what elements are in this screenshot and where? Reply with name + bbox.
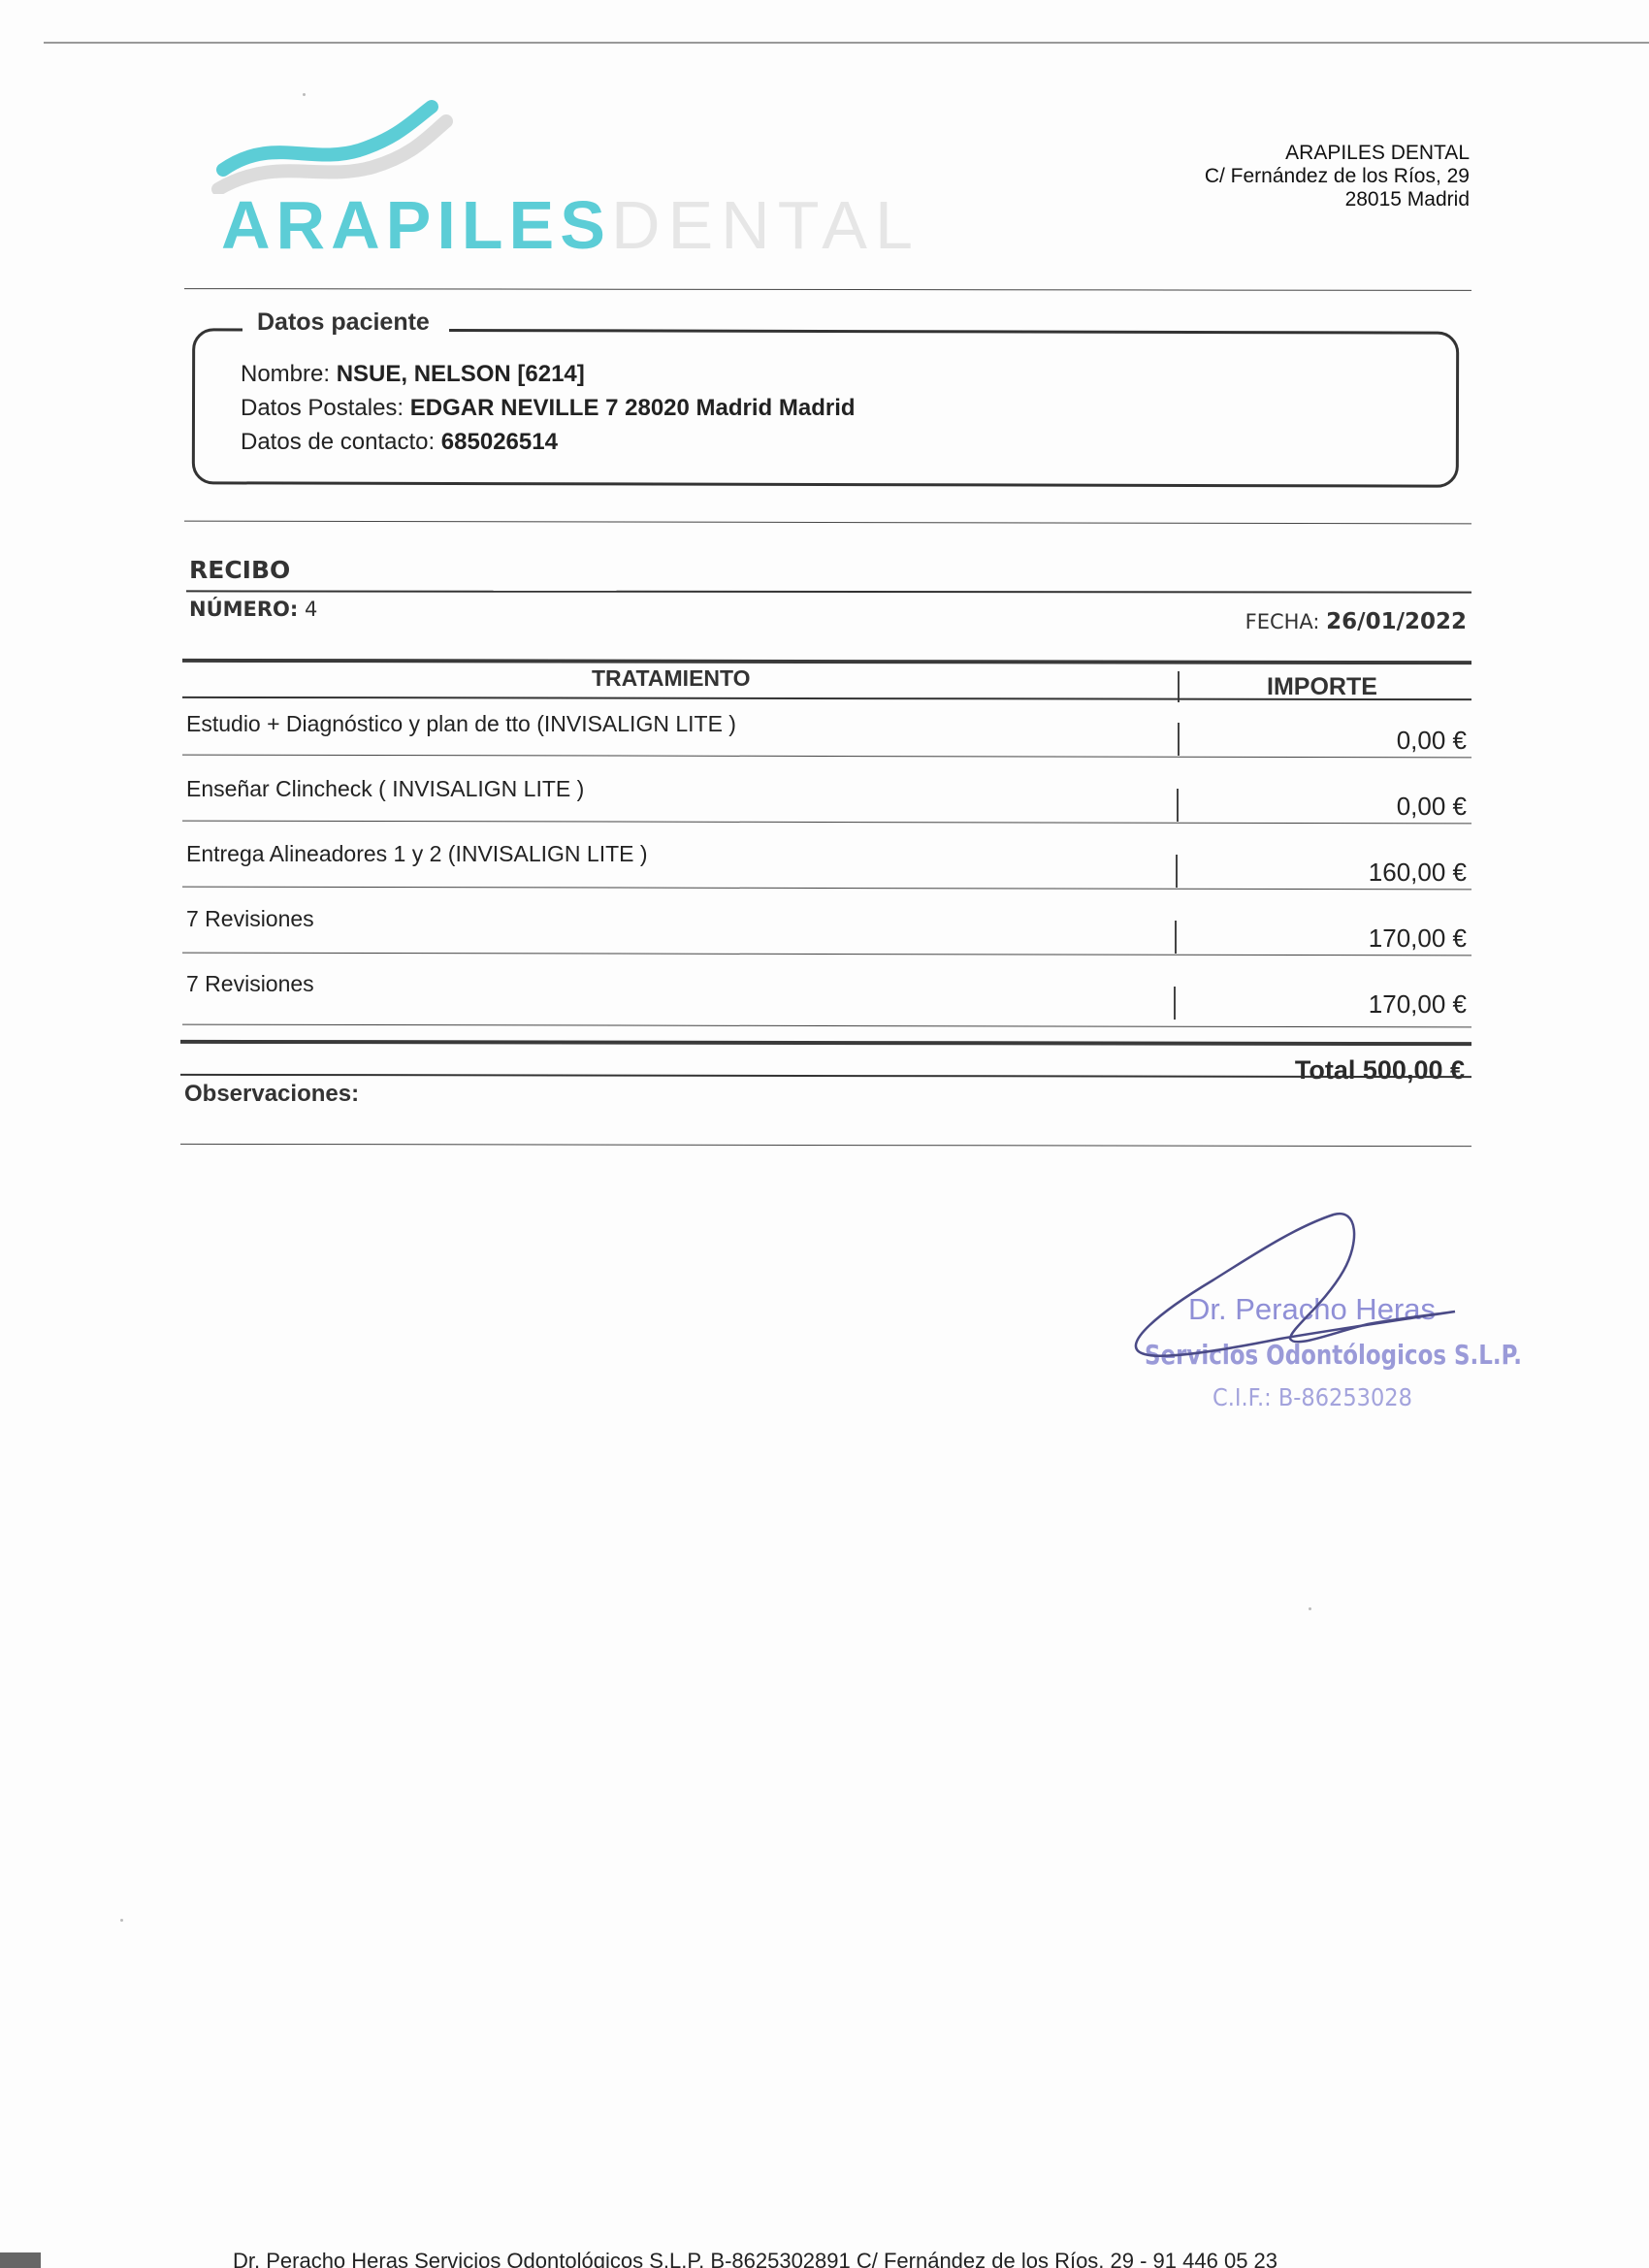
receipt-number: NÚMERO: 4 xyxy=(189,598,317,621)
patient-section-title: Datos paciente xyxy=(242,308,449,337)
scan-corner-mark xyxy=(0,2252,41,2268)
row-divider xyxy=(182,755,1471,759)
row-amount: 0,00 € xyxy=(1397,726,1467,756)
row-divider xyxy=(182,821,1471,825)
column-divider xyxy=(1174,987,1176,1020)
patient-contact-line: Datos de contacto: 685026514 xyxy=(241,425,856,459)
patient-name-value: NSUE, NELSON [6214] xyxy=(337,361,585,387)
column-divider xyxy=(1176,855,1178,888)
wave-icon xyxy=(204,97,495,194)
column-divider xyxy=(1175,921,1177,954)
column-divider xyxy=(1177,789,1179,822)
receipt-total: Total 500,00 € xyxy=(1295,1055,1465,1085)
scan-edge-line xyxy=(44,42,1649,44)
receipt-number-value: 4 xyxy=(305,598,317,621)
row-amount: 0,00 € xyxy=(1397,792,1467,822)
row-treatment: Enseñar Clincheck ( INVISALIGN LITE ) xyxy=(186,776,584,802)
receipt-date: FECHA: 26/01/2022 xyxy=(1245,609,1467,634)
receipt-title: RECIBO xyxy=(189,556,290,584)
row-divider xyxy=(182,1024,1471,1028)
column-divider xyxy=(1178,723,1180,756)
patient-postal-line: Datos Postales: EDGAR NEVILLE 7 28020 Ma… xyxy=(241,391,856,425)
row-amount: 170,00 € xyxy=(1369,923,1467,954)
column-header-treatment: TRATAMIENTO xyxy=(592,665,751,692)
column-header-amount: IMPORTE xyxy=(1267,673,1377,701)
patient-postal-label: Datos Postales: xyxy=(241,395,404,421)
logo-brand-primary: ARAPILES xyxy=(221,187,611,263)
patient-postal-value: EDGAR NEVILLE 7 28020 Madrid Madrid xyxy=(410,395,856,421)
clinic-name: ARAPILES DENTAL xyxy=(1205,142,1470,165)
row-amount: 160,00 € xyxy=(1369,858,1467,888)
patient-name-label: Nombre: xyxy=(241,361,330,387)
page-footer: Dr. Peracho Heras Servicios Odontológico… xyxy=(233,2249,1277,2268)
row-divider xyxy=(182,953,1471,956)
table-top-rule xyxy=(182,659,1471,664)
scan-speck xyxy=(120,1919,123,1922)
signature-stamp: Dr. Peracho Heras Servicios Odontólogico… xyxy=(1106,1203,1513,1426)
row-treatment: 7 Revisiones xyxy=(186,971,314,997)
receipt-date-value: 26/01/2022 xyxy=(1326,609,1467,634)
scan-speck xyxy=(303,93,306,96)
patient-divider xyxy=(184,521,1471,525)
clinic-street: C/ Fernández de los Ríos, 29 xyxy=(1205,165,1470,188)
patient-contact-label: Datos de contacto: xyxy=(241,429,435,455)
observations-rule xyxy=(180,1144,1471,1147)
patient-contact-value: 685026514 xyxy=(441,429,558,455)
clinic-city: 28015 Madrid xyxy=(1205,188,1470,211)
clinic-address-block: ARAPILES DENTAL C/ Fernández de los Ríos… xyxy=(1205,142,1470,211)
row-treatment: Entrega Alineadores 1 y 2 (INVISALIGN LI… xyxy=(186,841,648,867)
patient-details: Nombre: NSUE, NELSON [6214] Datos Postal… xyxy=(241,357,856,459)
signature-icon xyxy=(1106,1203,1513,1426)
logo-wordmark: ARAPILESDENTAL xyxy=(221,186,921,264)
total-rule xyxy=(180,1074,1471,1078)
row-amount: 170,00 € xyxy=(1369,989,1467,1020)
header-divider xyxy=(184,288,1471,291)
row-treatment: Estudio + Diagnóstico y plan de tto (INV… xyxy=(186,711,736,737)
observations-label: Observaciones: xyxy=(184,1081,359,1108)
logo-brand-secondary: DENTAL xyxy=(611,187,921,263)
receipt-number-label: NÚMERO: xyxy=(189,598,298,621)
scan-speck xyxy=(1309,1607,1311,1610)
clinic-logo: ARAPILESDENTAL xyxy=(204,97,863,262)
table-bottom-rule xyxy=(180,1040,1471,1046)
patient-name-line: Nombre: NSUE, NELSON [6214] xyxy=(241,357,856,391)
row-treatment: 7 Revisiones xyxy=(186,906,314,932)
receipt-title-underline xyxy=(186,590,1471,593)
receipt-date-label: FECHA: xyxy=(1245,610,1320,633)
row-divider xyxy=(182,887,1471,891)
